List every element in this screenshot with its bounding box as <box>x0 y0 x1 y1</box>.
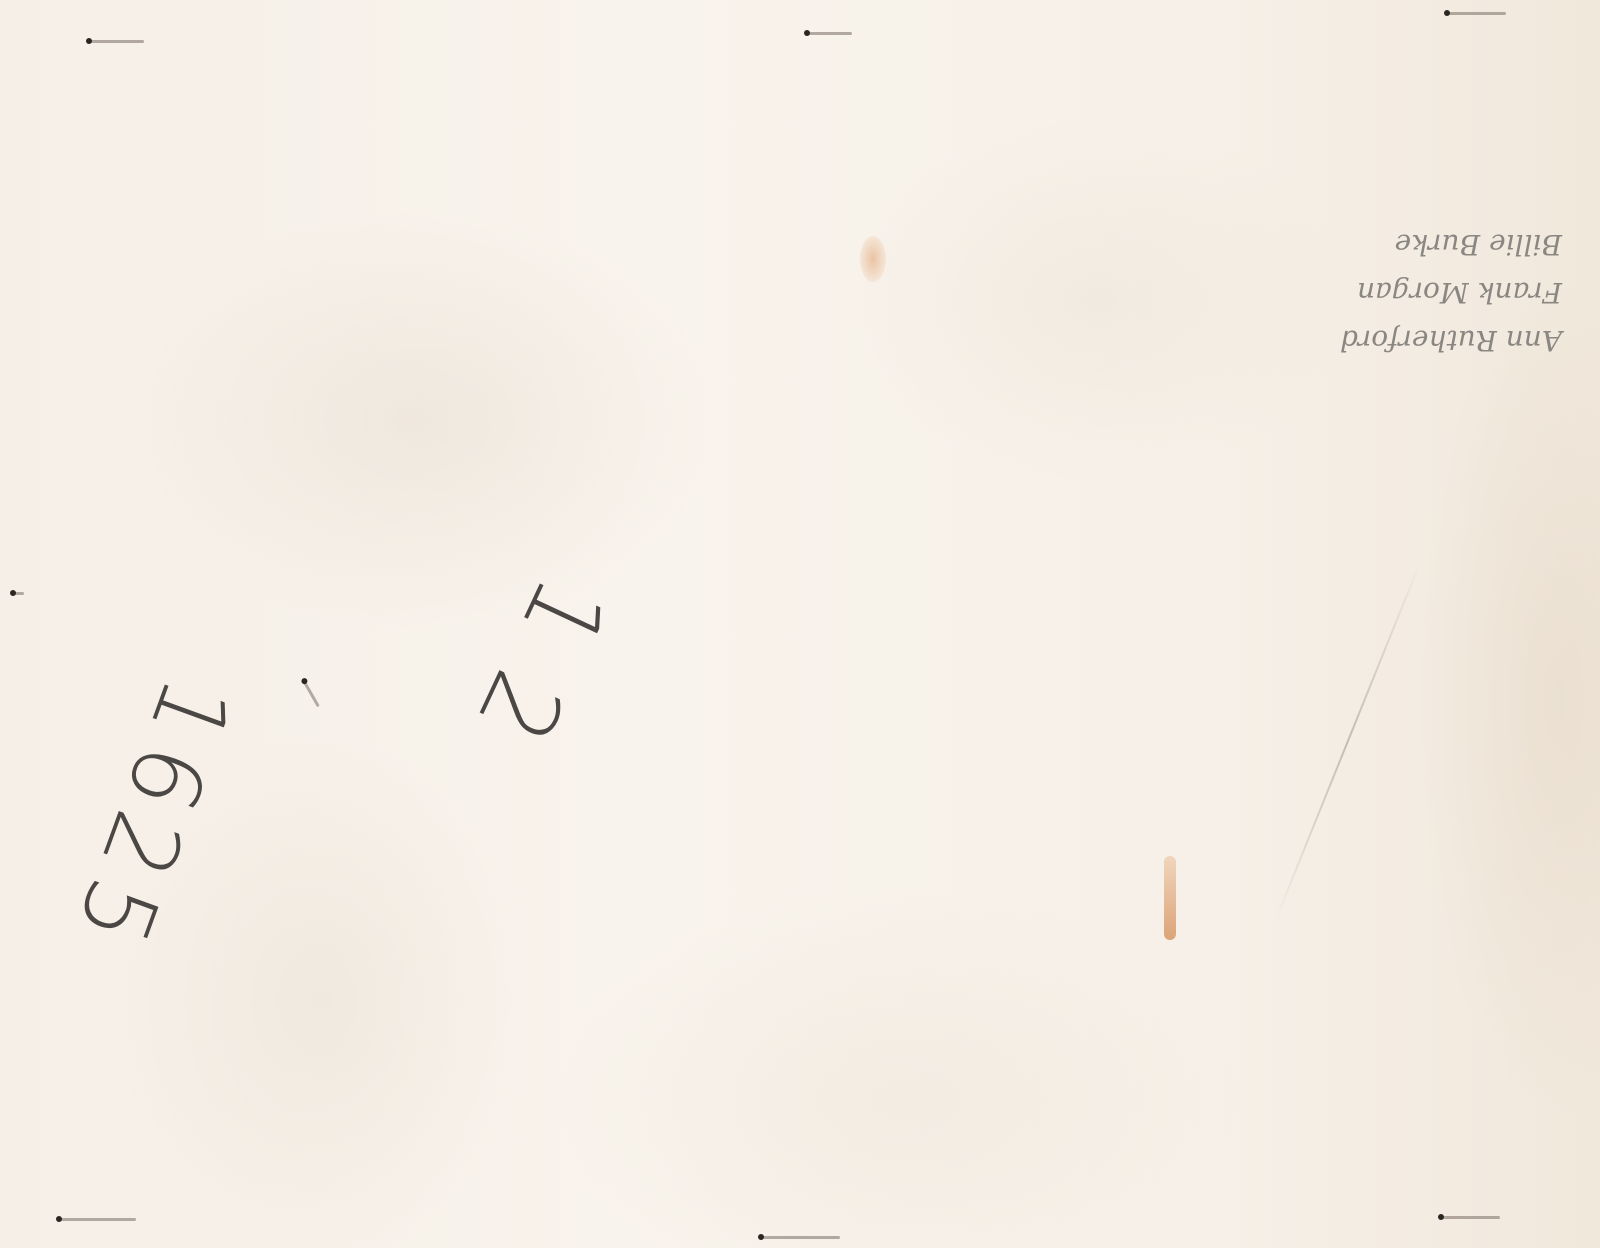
paper-crease <box>1274 560 1422 922</box>
drip-stain <box>1164 856 1176 940</box>
photo-back-paper: Ann Rutherford Frank Morgan Billie Burke… <box>0 0 1600 1248</box>
tack-mark-top-left <box>88 40 144 43</box>
handwritten-number-12: 12 <box>437 560 631 797</box>
tack-mark-bottom-right <box>1440 1216 1500 1219</box>
cast-name: Billie Burke <box>1262 220 1562 268</box>
cast-names-block: Ann Rutherford Frank Morgan Billie Burke <box>1262 214 1562 364</box>
cast-name: Ann Rutherford <box>1262 316 1562 364</box>
cast-name: Frank Morgan <box>1262 268 1562 316</box>
tack-mark-bottom-left <box>58 1218 136 1221</box>
tack-mark-top-right <box>1446 12 1506 15</box>
tack-mark-top-center <box>806 32 852 35</box>
tack-mark-left-lower <box>302 680 320 707</box>
tack-mark-left <box>12 592 24 595</box>
round-stain <box>860 236 886 282</box>
handwritten-number-1625: 1625 <box>51 663 253 968</box>
tack-mark-bottom-center <box>760 1236 840 1239</box>
